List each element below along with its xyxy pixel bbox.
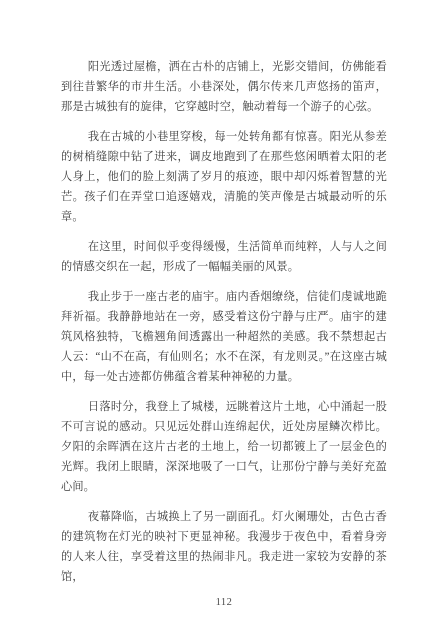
paragraph-2: 我在古城的小巷里穿梭，每一处转角都有惊喜。阳光从参差的树梢缝隙中钻了进来，调皮地…	[61, 127, 387, 227]
paragraph-1: 阳光透过屋檐，洒在古朴的店铺上，光影交错间，仿佛能看到往昔繁华的市井生活。小巷深…	[61, 57, 387, 117]
paragraph-3: 在这里，时间似乎变得缓慢，生活简单而纯粹，人与人之间的情感交织在一起，形成了一幅…	[61, 237, 387, 277]
page-number: 112	[0, 596, 448, 610]
paragraph-4: 我止步于一座古老的庙宇。庙内香烟缭绕，信徒们虔诚地跪拜祈福。我静静地站在一旁，感…	[61, 287, 387, 387]
document-page: 阳光透过屋檐，洒在古朴的店铺上，光影交错间，仿佛能看到往昔繁华的市井生活。小巷深…	[0, 0, 448, 640]
paragraph-5: 日落时分，我登上了城楼，远眺着这片土地，心中涌起一股不可言说的感动。只见远处群山…	[61, 397, 387, 497]
paragraph-6: 夜幕降临，古城换上了另一副面孔。灯火阑珊处，古色古香的建筑物在灯光的映衬下更显神…	[61, 507, 387, 587]
